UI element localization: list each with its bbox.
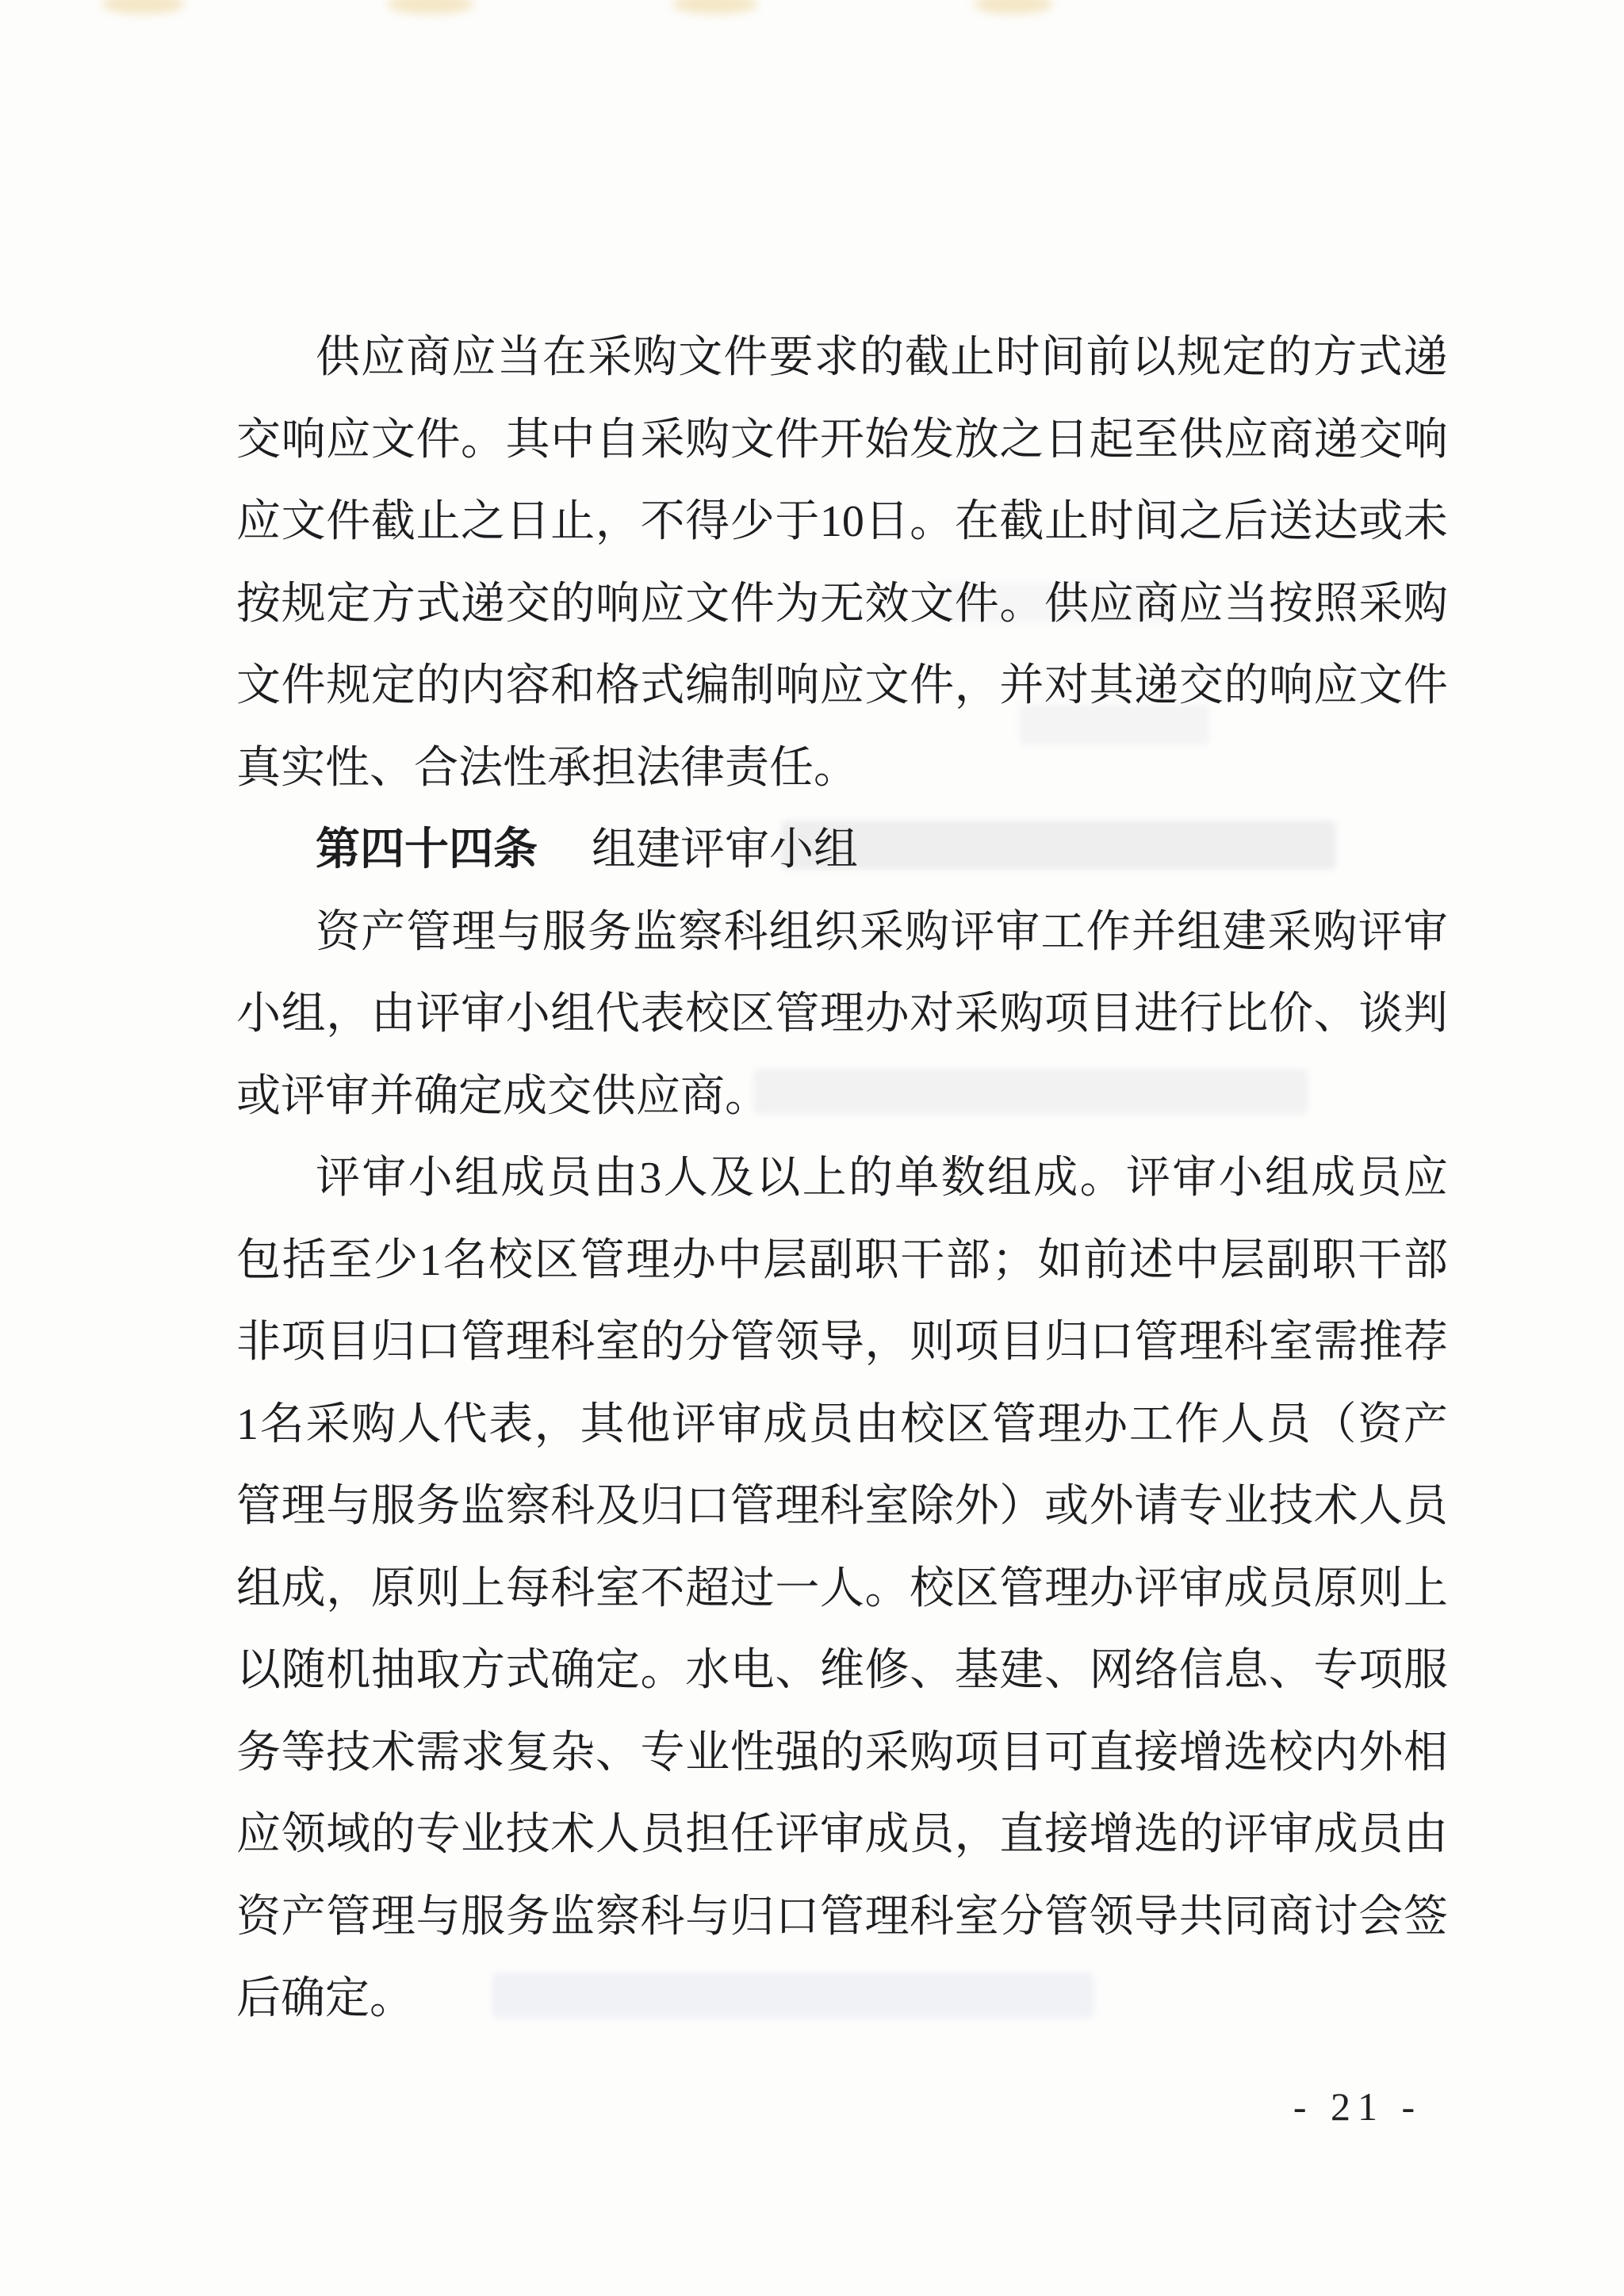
para-members-line6: 组成，原则上每科室不超过一人。校区管理办评审成员原则上: [236, 1548, 1448, 1631]
scan-artifact: [974, 0, 1053, 14]
scan-artifact: [387, 0, 474, 14]
para-members-line1: 评审小组成员由3人及以上的单数组成。评审小组成员应: [236, 1138, 1448, 1220]
para-supplier-line3: 应文件截止之日止，不得少于10日。在截止时间之后送达或未: [236, 481, 1448, 564]
para-members-line8: 务等技术需求复杂、专业性强的采购项目可直接增选校内外相: [236, 1712, 1448, 1795]
article-title: 组建评审小组: [592, 825, 858, 874]
para-supplier-line1: 供应商应当在采购文件要求的截止时间前以规定的方式递: [236, 317, 1448, 400]
scanned-document-page: 供应商应当在采购文件要求的截止时间前以规定的方式递交响应文件。其中自采购文件开始…: [0, 0, 1624, 2296]
para-team-line1: 资产管理与服务监察科组织采购评审工作并组建采购评审: [236, 892, 1448, 974]
article-44-heading: 第四十四条组建评审小组: [236, 809, 1448, 892]
para-members-line7: 以随机抽取方式确定。水电、维修、基建、网络信息、专项服: [236, 1630, 1448, 1712]
para-supplier-line5: 文件规定的内容和格式编制响应文件，并对其递交的响应文件: [236, 645, 1448, 728]
para-members-line10: 资产管理与服务监察科与归口管理科室分管领导共同商讨会签: [236, 1877, 1448, 1959]
scan-artifact: [672, 0, 758, 14]
article-number: 第四十四条: [316, 825, 538, 874]
para-team-line2: 小组，由评审小组代表校区管理办对采购项目进行比价、谈判: [236, 974, 1448, 1056]
para-members-line4: 1名采购人代表，其他评审成员由校区管理办工作人员（资产: [236, 1384, 1448, 1467]
para-supplier-line6: 真实性、合法性承担法律责任。: [236, 728, 1448, 810]
para-members-line9: 应领域的专业技术人员担任评审成员，直接增选的评审成员由: [236, 1794, 1448, 1877]
para-supplier-line4: 按规定方式递交的响应文件为无效文件。供应商应当按照采购: [236, 564, 1448, 646]
para-members-line2: 包括至少1名校区管理办中层副职干部；如前述中层副职干部: [236, 1220, 1448, 1303]
page-number: - 21 -: [1286, 2084, 1429, 2130]
para-members-line11: 后确定。: [236, 1958, 1448, 2041]
para-members-line5: 管理与服务监察科及归口管理科室除外）或外请专业技术人员: [236, 1466, 1448, 1548]
scan-artifact: [101, 0, 185, 14]
para-team-line3: 或评审并确定成交供应商。: [236, 1056, 1448, 1138]
text-block: 供应商应当在采购文件要求的截止时间前以规定的方式递交响应文件。其中自采购文件开始…: [236, 317, 1448, 2041]
para-members-line3: 非项目归口管理科室的分管领导，则项目归口管理科室需推荐: [236, 1302, 1448, 1384]
para-supplier-line2: 交响应文件。其中自采购文件开始发放之日起至供应商递交响: [236, 400, 1448, 482]
